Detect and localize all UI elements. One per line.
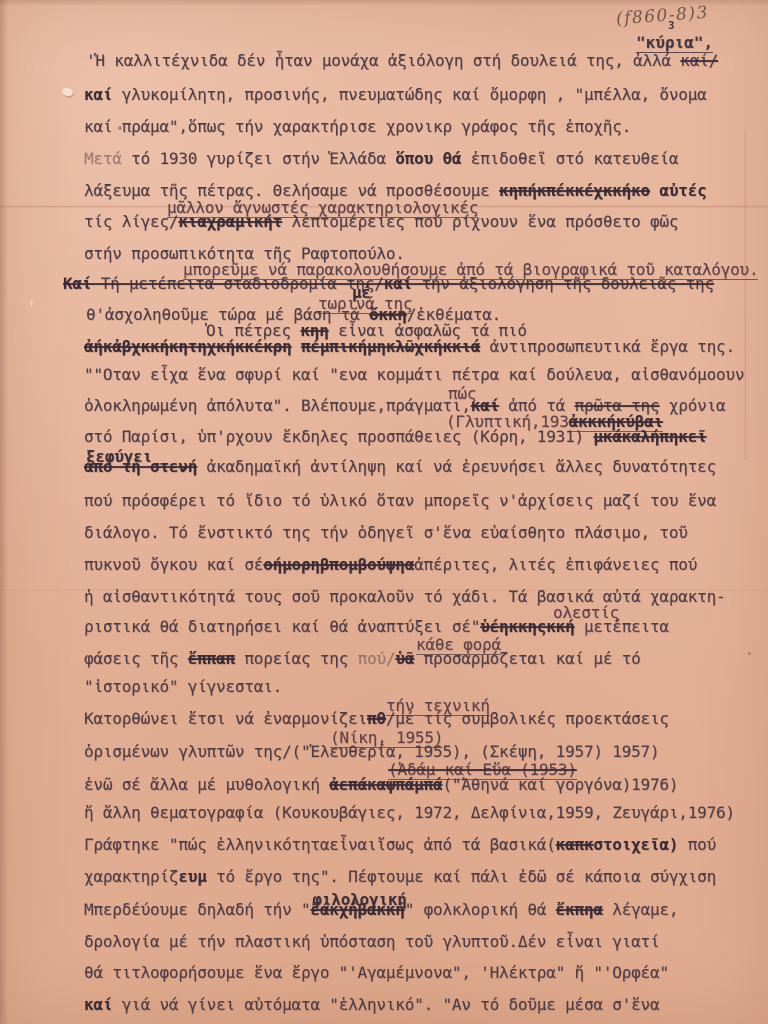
text-segment: φάσεις τῆς (84, 649, 188, 668)
scanned-document-page: (f860-8)3 3 "κύρια", 'Ἡ καλλιτέχνιδα δέν… (0, 0, 768, 1024)
text-segment: μετέπειτα (575, 617, 669, 636)
text-segment: Μετά (84, 149, 131, 168)
text-segment: ἡ αἰσθαντικότητά τους σοῦ προκαλοῦν τό χ… (84, 587, 725, 606)
text-segment: πορείας της (235, 649, 358, 668)
text-segment: χρόνια (659, 396, 725, 415)
text-segment: ὑέηκκηςκκή (480, 617, 574, 636)
typed-line-22: Κατορθώνει ἔτσι νά ἐναρμονίζειπθ/μέ τίς … (84, 710, 669, 728)
struck-line: Καί Τή μετέπειτα σταδιοδρομία της/καί τή… (63, 275, 714, 293)
text-segment: καπκ (556, 835, 594, 854)
typed-line-23: ὁρισμένων γλυπτῶν της/("Ἐλευθερία, 1955)… (84, 743, 659, 761)
typed-line-29: δρολογία μέ τήν πλαστική ὑπόσταση τοῦ γλ… (84, 933, 659, 951)
text-segment: καί πράμα",ὅπως τήν χαρακτήρισε χρονικρ … (84, 117, 631, 136)
text-segment: κιαχραμικήτ (178, 212, 282, 231)
typed-line-25: ἤ ἄλλη θεματογραφία (Κουκουβάγιες, 1972,… (84, 804, 735, 822)
text-segment: ἀντιπροσωπευτικά ἔργα της. (480, 337, 735, 356)
text-segment: τήν ἀξιολόγηση τῆς δουλειᾶς της (412, 274, 714, 293)
typed-line-20: φάσεις τῆς ἔππαπ πορείας της πού/ὑᾶ προσ… (84, 650, 641, 668)
typed-line-11: ""Οταν εἶχα ἕνα σφυρί καί "ενα κομμάτι π… (84, 366, 744, 384)
text-segment: ριστικά θά διατηρήσει καί θά ἀναπτύξει σ… (84, 617, 480, 636)
text-segment: Μπερδέύουμε δηλαδή τήν " (84, 900, 310, 919)
typed-line-13: στό Παρίσι, ὑπ'ρχουν ἔκδηλες προσπάθειες… (84, 428, 707, 446)
text-segment: καί/ (680, 51, 718, 70)
text-segment: γλυκομίλητη, προσινής, πνευματώδης καί ὄ… (112, 85, 706, 104)
text-segment: ἐπιδοθεῖ στό κατευθεία (461, 149, 678, 168)
text-segment: Κατορθώνει ἔτσι νά ἐναρμονίζει (84, 709, 367, 728)
text-segment: 'Ἡ καλλιτέχνιδα δέν ἦταν μονάχα ἀξιόλογη… (86, 51, 680, 70)
paper-damage-speck (30, 300, 33, 306)
text-segment: Τή μετέπειτα σταδιοδρομία της/ (91, 274, 383, 293)
overtyped-correction: φιλολογική (312, 891, 406, 909)
text-segment: διάλογο. Τό ἔνστικτό της τήν ὁδηγεῖ σ'ἕν… (84, 523, 688, 542)
text-segment: /μέ τίς συμβολικές προεκτάσεις (386, 709, 669, 728)
text-segment: τίς λίγες/ (84, 212, 178, 231)
text-segment: αὐτές (650, 181, 707, 200)
text-segment: ἀεπάκαψπάμπά (329, 775, 442, 794)
typed-line-2: καί γλυκομίλητη, προσινής, πνευματώδης κ… (84, 86, 707, 104)
vertical-fold-crease (744, 130, 747, 460)
text-segment: στό Παρίσι, ὑπ'ρχουν ἔκδηλες προσπάθειες… (84, 427, 593, 446)
text-segment: ἀήκἀβχκκήκητηχκήκκέκρη (84, 337, 292, 356)
text-segment: καί (84, 85, 112, 104)
typed-line-18: ἡ αἰσθαντικότητά τους σοῦ προκαλοῦν τό χ… (84, 588, 725, 606)
page-edge-shadow (0, 0, 8, 1024)
typed-line-16: διάλογο. Τό ἔνστικτό της τήν ὁδηγεῖ σ'ἕν… (84, 524, 688, 542)
text-segment: ὑᾶ (395, 649, 414, 668)
text-segment: ὅπου θά (395, 149, 461, 168)
text-segment: πού/ (358, 649, 396, 668)
text-segment: θά τιτλοφορήσουμε ἕνα ἔργο "'Αγαμέμνονα"… (84, 963, 669, 982)
typed-line-3: καί πράμα",ὅπως τήν χαρακτήρισε χρονικρ … (84, 118, 631, 136)
typed-line-4: Μετά τό 1930 γυρίζει στήν Ἑλλάδα ὅπου θά… (84, 150, 678, 168)
typed-line-31: καί γιά νά γίνει αὐτόματα "ἑλληνικό". "Α… (84, 996, 659, 1014)
text-segment: πέμπικήμηκλῶχκήκκιά (301, 337, 480, 356)
text-segment: κηπήκπέκκέχκκήκο (499, 181, 650, 200)
text-segment: Γράφτηκε "πώς ἑλληνικότηταεἶναιἴσως ἀπό … (84, 835, 556, 854)
text-segment: ευμ (178, 867, 206, 886)
text-segment: πού (678, 835, 716, 854)
text-segment: προσαρμόζεται καί μέ τό (414, 649, 640, 668)
text-segment: ἀπό τή στενήξεφύγει (84, 457, 197, 476)
text-segment: ἐνῶ σέ ἄλλα μέ μυθολογική (84, 775, 329, 794)
text-segment: καί (384, 274, 412, 293)
text-segment: πού πρόσφέρει τό ἴδιο τό ὑλικό ὅταν μπορ… (84, 491, 716, 510)
typed-line-30: θά τιτλοφορήσουμε ἕνα ἔργο "'Αγαμέμνονα"… (84, 964, 669, 982)
text-segment: ἔκπηα (556, 900, 603, 919)
typed-line-26: Γράφτηκε "πώς ἑλληνικότηταεἶναιἴσως ἀπό … (84, 836, 716, 854)
text-segment: στοιχεῖα) (593, 835, 678, 854)
typed-line-1: 'Ἡ καλλιτέχνιδα δέν ἦταν μονάχα ἀξιόλογη… (86, 52, 718, 70)
paper-damage-speck (61, 86, 74, 97)
typed-line-19: ριστικά θά διατηρήσει καί θά ἀναπτύξει σ… (84, 618, 669, 636)
text-segment: λεπτομέρειες πού ρίχνουν ἕνα πρόσθετο φῶ… (282, 212, 678, 231)
typed-line-17: πυκνοῦ ὄγκου καί σέοήμορηβπομβούψηαἀπέρι… (84, 556, 697, 574)
typed-line-27: χαρακτηρίζευμ τό ἔργο της". Πέφτουμε καί… (84, 868, 716, 886)
text-segment: λέγαμε, (603, 900, 678, 919)
typed-line-28: Μπερδέύουμε δηλαδή τήν "ἔάκχήβακκήφιλολο… (84, 901, 678, 919)
text-segment: τό 1930 γυρίζει στήν Ἑλλάδα (131, 149, 395, 168)
text-segment: " φολκλορική θά (405, 900, 556, 919)
text-segment: οήμορηβπομβούψηα (263, 555, 414, 574)
paper-damage-speck (748, 652, 751, 655)
typed-line-14: ἀπό τή στενήξεφύγει ἀκαδημαϊκή ἀντίληψη … (84, 458, 716, 476)
typed-line-6: τίς λίγες/κιαχραμικήτ λεπτομέρειες πού ρ… (84, 213, 678, 231)
typed-line-10: ἀήκἀβχκκήκητηχκήκκέκρη πέμπικήμηκλῶχκήκκ… (84, 338, 735, 356)
typed-line-21: "ἱστορικό" γίγνεσται. (84, 678, 282, 696)
text-segment: ὁλοκληρωμένη ἀπόλυτα". Βλέπουμε,πράγματι… (84, 396, 471, 415)
text-segment: χαρακτηρίζ (84, 867, 178, 886)
page-top-edge-shadow (0, 0, 768, 6)
text-segment: ἀκαδημαϊκή ἀντίληψη καί νά ἐρευνήσει ἄλλ… (197, 457, 716, 476)
overtyped-correction: ξεφύγει (86, 448, 152, 466)
text-segment: ὁρισμένων γλυπτῶν της/("Ἐλευθερία, 1955)… (84, 742, 659, 761)
text-segment (292, 337, 301, 356)
typed-line-15: πού πρόσφέρει τό ἴδιο τό ὑλικό ὅταν μπορ… (84, 492, 716, 510)
text-segment: πθ (367, 709, 386, 728)
text-segment: ""Οταν εἶχα ἕνα σφυρί καί "ενα κομμάτι π… (84, 365, 744, 384)
text-segment: τό ἔργο της". Πέφτουμε καί πάλι ἐδῶ σέ κ… (207, 867, 716, 886)
text-segment: ἤ ἄλλη θεματογραφία (Κουκουβάγιες, 1972,… (84, 803, 735, 822)
text-segment: πυκνοῦ ὄγκου καί σέ (84, 555, 263, 574)
text-segment: Καί (63, 274, 91, 293)
text-segment: καί (84, 995, 112, 1014)
text-segment: ἔππαπ (188, 649, 235, 668)
text-segment: ἀπέριτες, λιτές ἐπιφάνειες πού (414, 555, 697, 574)
text-segment: μκάκαλήπηκεῖ (593, 427, 706, 446)
insertion-order-mark: 3 (668, 20, 675, 32)
text-segment: δρολογία μέ τήν πλαστική ὑπόσταση τοῦ γλ… (84, 932, 659, 951)
text-segment: γιά νά γίνει αὐτόματα "ἑλληνικό". "Αν τό… (112, 995, 659, 1014)
text-segment: ("Ἀθηνά καί γοργόνα)1976) (442, 775, 678, 794)
handwritten-catalog-note: (f860-8)3 (615, 3, 709, 29)
text-segment: "ἱστορικό" γίγνεσται. (84, 677, 282, 696)
text-segment: ἔάκχήβακκήφιλολογική (310, 900, 404, 919)
typed-line-24: ἐνῶ σέ ἄλλα μέ μυθολογική ἀεπάκαψπάμπά("… (84, 776, 678, 794)
